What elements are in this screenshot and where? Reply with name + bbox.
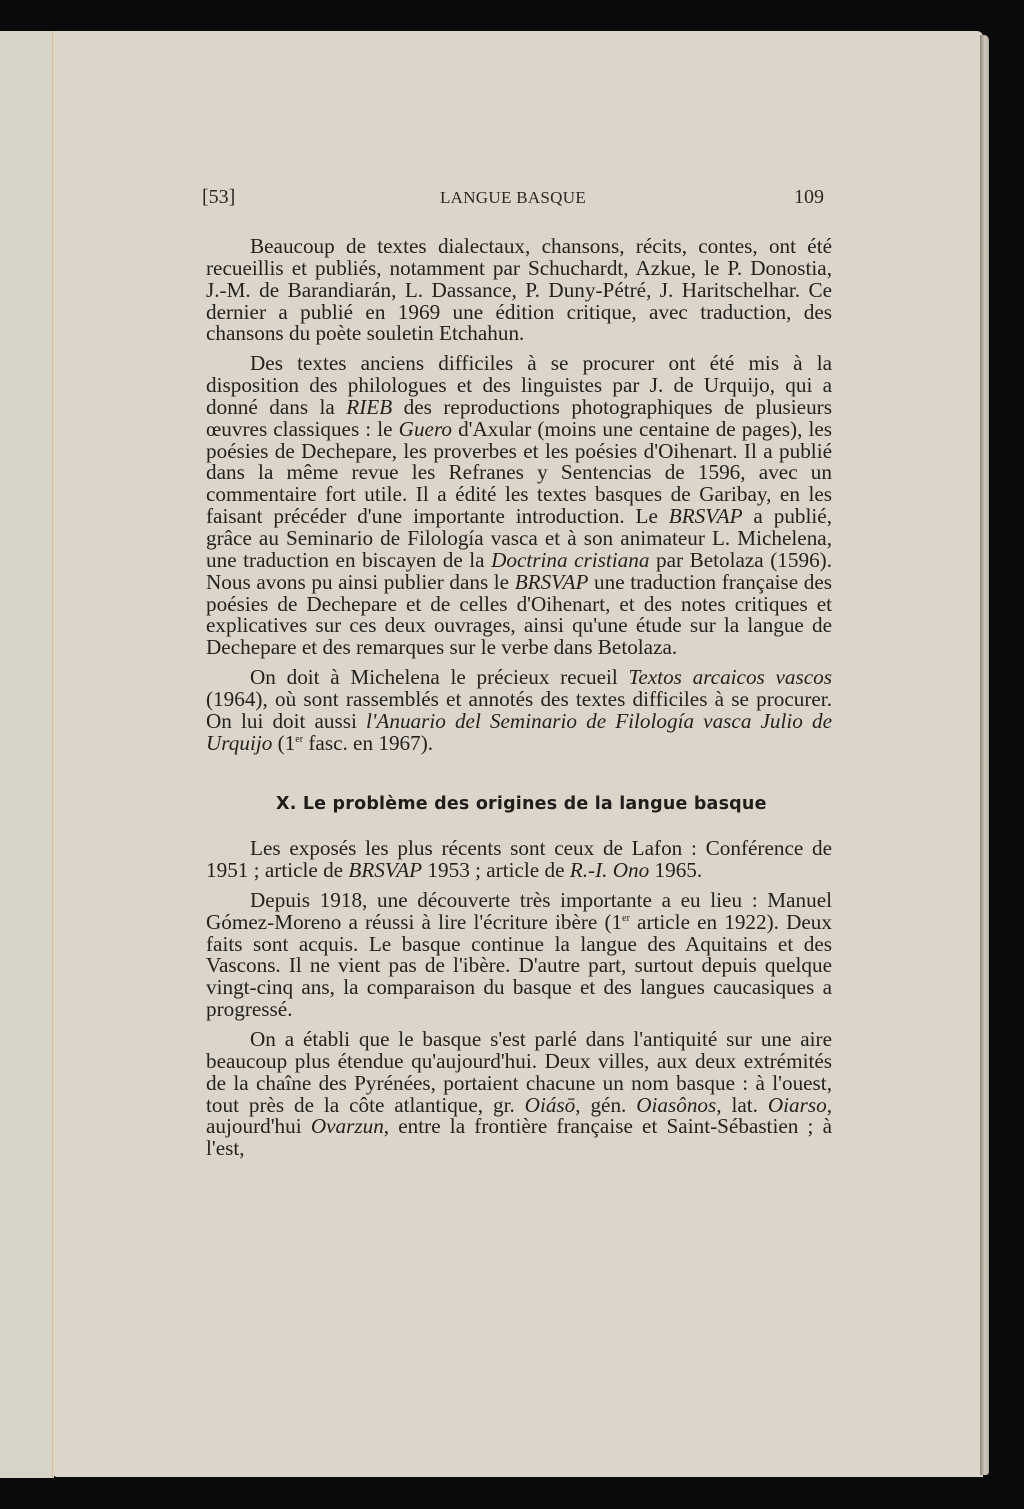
italic-title: RIEB <box>346 395 392 419</box>
italic-word: Oiasônos <box>636 1093 716 1117</box>
book-spine <box>52 31 54 1478</box>
text-run: 1965. <box>649 858 702 882</box>
italic-title: Textos arcaicos vascos <box>629 665 832 689</box>
body-text: Beaucoup de textes dialectaux, chansons,… <box>206 236 832 1168</box>
page-number: 109 <box>794 186 824 209</box>
text-run: fasc. en 1967). <box>303 731 433 755</box>
italic-word: Oiarso <box>768 1093 827 1117</box>
italic-word: Oiásō <box>525 1093 576 1117</box>
paragraph-gomez-moreno: Depuis 1918, une découverte très importa… <box>206 890 832 1021</box>
section-heading: X. Le problème des origines de la langue… <box>276 794 832 816</box>
text-run: , lat. <box>716 1093 768 1117</box>
superscript: er <box>622 913 630 924</box>
text-run: (1 <box>272 731 295 755</box>
paragraph-antiquity: On a établi que le basque s'est parlé da… <box>206 1029 832 1160</box>
italic-title: Doctrina cris­tiana <box>491 548 649 572</box>
italic-word: Ovar­zun <box>311 1114 384 1138</box>
running-head: [53] LANGUE BASQUE 109 <box>202 186 824 216</box>
italic-title: BRSVAP <box>515 570 589 594</box>
text-run: , gén. <box>575 1093 636 1117</box>
italic-title: Guero <box>399 417 452 441</box>
paragraph-lafon: Les exposés les plus récents sont ceux d… <box>206 838 832 882</box>
paragraph-ancient-texts: Des textes anciens difficiles à se procu… <box>206 353 832 659</box>
paragraph-michelena: On doit à Michelena le précieux recueil … <box>206 667 832 754</box>
italic-title: BRSVAP <box>348 858 422 882</box>
page-stack-edge <box>980 35 989 1475</box>
text-run: On doit à Michelena le précieux recueil <box>250 665 629 689</box>
running-title: LANGUE BASQUE <box>202 186 824 208</box>
italic-title: BRSVAP <box>669 504 743 528</box>
superscript: er <box>295 734 303 745</box>
text-run: 1953 ; article de <box>422 858 570 882</box>
paragraph-dialect-texts: Beaucoup de textes dialectaux, chansons,… <box>206 236 832 345</box>
italic-title: R.-I. Ono <box>570 858 649 882</box>
facing-page-edge <box>0 31 53 1478</box>
